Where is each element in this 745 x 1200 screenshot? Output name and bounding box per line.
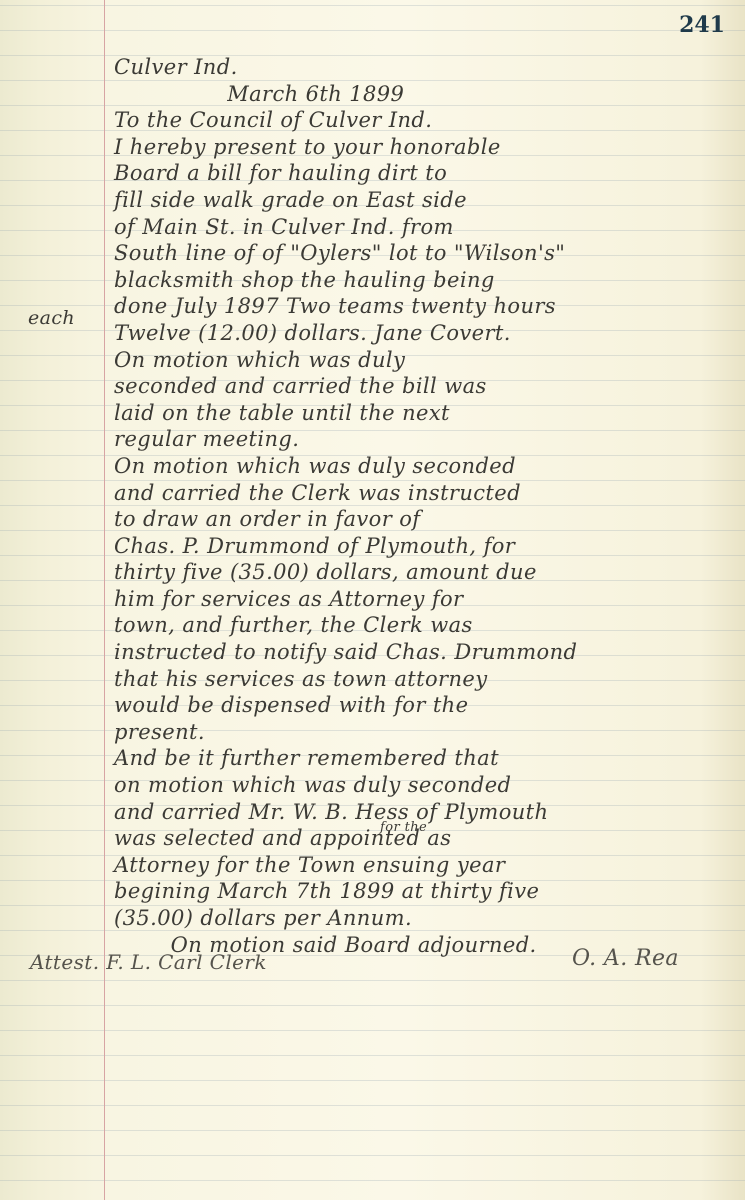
- page-number: 241: [679, 12, 725, 38]
- inserted-words: for the: [380, 820, 427, 835]
- signature: O. A. Rea: [572, 946, 679, 971]
- red-margin-line: [104, 0, 105, 1200]
- text-line: To the Council of Culver Ind.: [114, 107, 577, 134]
- text-line: And be it further remembered that: [114, 745, 577, 772]
- text-line: Board a bill for hauling dirt to: [114, 160, 577, 187]
- text-line: blacksmith shop the hauling being: [114, 267, 577, 294]
- text-line: regular meeting.: [114, 426, 577, 453]
- text-line: seconded and carried the bill was: [114, 373, 577, 400]
- ledger-page: 241 each Culver Ind. March 6th 1899 To t…: [0, 0, 745, 1200]
- text-line: South line of of "Oylers" lot to "Wilson…: [114, 240, 577, 267]
- text-line: was selected and appointed as: [114, 825, 577, 852]
- text-line: and carried the Clerk was instructed: [114, 480, 577, 507]
- text-line: that his services as town attorney: [114, 666, 577, 693]
- text-line: fill side walk grade on East side: [114, 187, 577, 214]
- text-line: March 6th 1899: [114, 81, 577, 108]
- text-line: laid on the table until the next: [114, 400, 577, 427]
- margin-note: each: [28, 307, 75, 329]
- text-line: Twelve (12.00) dollars. Jane Covert.: [114, 320, 577, 347]
- text-line: On motion which was duly: [114, 347, 577, 374]
- text-line: on motion which was duly seconded: [114, 772, 577, 799]
- text-line: Culver Ind.: [114, 54, 577, 81]
- text-line: town, and further, the Clerk was: [114, 612, 577, 639]
- text-line: (35.00) dollars per Annum.: [114, 905, 577, 932]
- handwritten-minutes: Culver Ind. March 6th 1899 To the Counci…: [114, 54, 577, 958]
- text-line: instructed to notify said Chas. Drummond: [114, 639, 577, 666]
- text-line: of Main St. in Culver Ind. from: [114, 214, 577, 241]
- text-line: to draw an order in favor of: [114, 506, 577, 533]
- text-line: and carried Mr. W. B. Hess of Plymouth: [114, 799, 577, 826]
- text-line: thirty five (35.00) dollars, amount due: [114, 559, 577, 586]
- text-line: present.: [114, 719, 577, 746]
- text-line: I hereby present to your honorable: [114, 134, 577, 161]
- text-line: Attorney for the Town ensuing year: [114, 852, 577, 879]
- text-line: would be dispensed with for the: [114, 692, 577, 719]
- text-line: begining March 7th 1899 at thirty five: [114, 878, 577, 905]
- text-line: Chas. P. Drummond of Plymouth, for: [114, 533, 577, 560]
- text-line: On motion which was duly seconded: [114, 453, 577, 480]
- text-line: him for services as Attorney for: [114, 586, 577, 613]
- attest-clerk: Attest. F. L. Carl Clerk: [30, 950, 267, 974]
- text-line: done July 1897 Two teams twenty hours: [114, 293, 577, 320]
